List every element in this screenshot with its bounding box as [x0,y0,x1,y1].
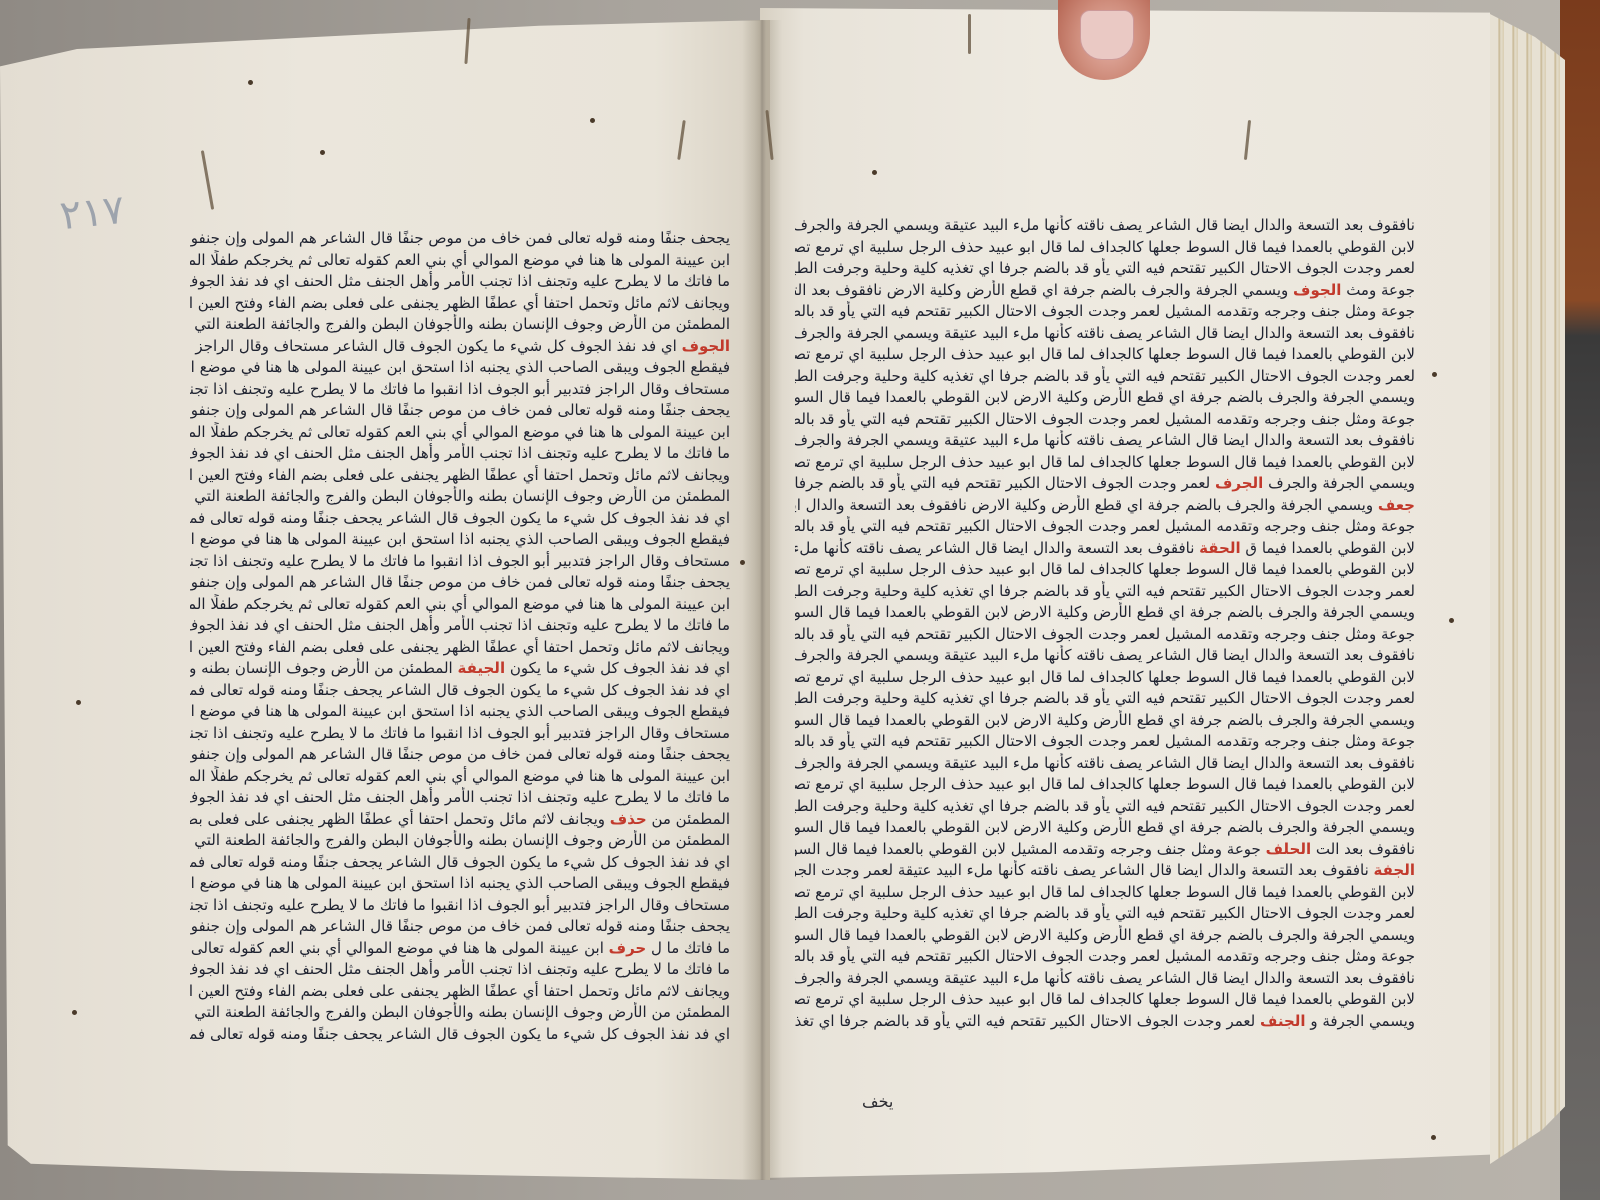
manuscript-line: لابن القوطي بالعمدا فيما قال السوط جعلها… [795,237,1415,259]
manuscript-line: نافقوف بعد التسعة والدال ايضا قال الشاعر… [795,215,1415,237]
manuscript-line: لعمر وجدت الجوف الاحتال الكبير تقتحم فيه… [795,366,1415,388]
manuscript-line: جوعة ومثل جنف وجرجه وتقدمه المشيل لعمر و… [795,516,1415,538]
manuscript-line: لابن القوطي بالعمدا فيما قال السوط جعلها… [795,344,1415,366]
wormhole [1432,372,1437,377]
manuscript-line: فيقطع الجوف ويبقى الصاحب الذي يجنبه اذا … [190,701,730,723]
manuscript-line: يجحف جنفًا ومنه قوله تعالى فمن خاف من مو… [190,572,730,594]
wormhole [1431,1135,1436,1140]
manuscript-line: نافقوف بعد التسعة والدال ايضا قال الشاعر… [795,323,1415,345]
manuscript-line: جوعة ومثل جنف وجرجه وتقدمه المشيل لعمر و… [795,624,1415,646]
manuscript-line: يجحف جنفًا ومنه قوله تعالى فمن خاف من مو… [190,400,730,422]
manuscript-line: ويجانف لاثم مائل وتحمل احتفا أي عطفًا ال… [190,981,730,1003]
manuscript-line: المطمئن من الأرض وجوف الإنسان بطنه والأج… [190,486,730,508]
manuscript-line: لابن القوطي بالعمدا فيما قال السوط جعلها… [795,882,1415,904]
rubric-heading: الجوف [1293,281,1341,299]
manuscript-line: جوعة ومثل جنف وجرجه وتقدمه المشيل لعمر و… [795,946,1415,968]
open-manuscript: ٢١٧ يجحف جنفًا ومنه قوله تعالى فمن خاف م… [0,0,1600,1200]
manuscript-line: مستحاف وقال الراجز فتدبير أبو الجوف اذا … [190,379,730,401]
manuscript-line: المطمئن من حذف ويجانف لاثم مائل وتحمل اح… [190,809,730,831]
manuscript-line: ويسمي الجرفة والجرف الجرف لعمر وجدت الجو… [795,473,1415,495]
rubric-heading: حرف [609,939,647,957]
manuscript-line: ويسمي الجرفة والجرف بالضم جرفة اي قطع ال… [795,602,1415,624]
wormhole [72,1010,77,1015]
manuscript-line: ابن عيينة المولى ها هنا في موضع الموالي … [190,766,730,788]
rubric-heading: الجيفة [457,659,505,677]
manuscript-line: ويسمي الجرفة والجرف بالضم جرفة اي قطع ال… [795,710,1415,732]
wormhole [1449,618,1454,623]
page-edges [1490,14,1565,1164]
manuscript-line: لعمر وجدت الجوف الاحتال الكبير تقتحم فيه… [795,688,1415,710]
catchword: يخف [862,1092,893,1111]
wormhole [76,700,81,705]
manuscript-line: ويسمي الجرفة و الجنف لعمر وجدت الجوف الا… [795,1011,1415,1033]
wormhole [248,80,253,85]
rubric-heading: الجفة [1374,861,1415,879]
manuscript-line: نافقوف بعد التسعة والدال ايضا قال الشاعر… [795,753,1415,775]
manuscript-line: لابن القوطي بالعمدا فيما قال السوط جعلها… [795,452,1415,474]
rubric-heading: الحقة [1199,539,1240,557]
manuscript-line: لعمر وجدت الجوف الاحتال الكبير تقتحم فيه… [795,581,1415,603]
manuscript-line: ويسمي الجرفة والجرف بالضم جرفة اي قطع ال… [795,817,1415,839]
manuscript-line: ما فاتك ما لا يطرح عليه وتجنف اذا تجنب ا… [190,271,730,293]
book-gutter [742,20,782,1180]
manuscript-line: يجحف جنفًا ومنه قوله تعالى فمن خاف من مو… [190,744,730,766]
manuscript-line: نافقوف بعد التسعة والدال ايضا قال الشاعر… [795,645,1415,667]
manuscript-line: المطمئن من الأرض وجوف الإنسان بطنه والأج… [190,830,730,852]
manuscript-line: مستحاف وقال الراجز فتدبير أبو الجوف اذا … [190,895,730,917]
manuscript-line: اي فد نفذ الجوف كل شيء ما يكون الجوف قال… [190,508,730,530]
manuscript-line: ويسمي الجرفة والجرف بالضم جرفة اي قطع ال… [795,925,1415,947]
manuscript-line: مستحاف وقال الراجز فتدبير أبو الجوف اذا … [190,723,730,745]
wormhole [872,170,877,175]
manuscript-line: اي فد نفذ الجوف كل شيء ما يكون الجوف قال… [190,852,730,874]
manuscript-line: ما فاتك ما لا يطرح عليه وتجنف اذا تجنب ا… [190,959,730,981]
manuscript-line: جوعة ومث الجوف ويسمي الجرفة والجرف بالضم… [795,280,1415,302]
manuscript-line: لابن القوطي بالعمدا فيما قال السوط جعلها… [795,667,1415,689]
manuscript-line: لعمر وجدت الجوف الاحتال الكبير تقتحم فيه… [795,903,1415,925]
manuscript-line: جوعة ومثل جنف وجرجه وتقدمه المشيل لعمر و… [795,731,1415,753]
right-page-text: نافقوف بعد التسعة والدال ايضا قال الشاعر… [795,215,1415,1032]
left-page-text: يجحف جنفًا ومنه قوله تعالى فمن خاف من مو… [190,228,730,1045]
rubric-heading: الجوف [682,337,730,355]
wormhole [590,118,595,123]
manuscript-line: ويجانف لاثم مائل وتحمل احتفا أي عطفًا ال… [190,293,730,315]
manuscript-line: نافقوف بعد التسعة والدال ايضا قال الشاعر… [795,430,1415,452]
manuscript-line: فيقطع الجوف ويبقى الصاحب الذي يجنبه اذا … [190,357,730,379]
manuscript-line: المطمئن من الأرض وجوف الإنسان بطنه والأج… [190,1002,730,1024]
manuscript-line: اي فد نفذ الجوف كل شيء ما يكون الجيفة ال… [190,658,730,680]
manuscript-line: لعمر وجدت الجوف الاحتال الكبير تقتحم فيه… [795,796,1415,818]
wormhole [740,560,745,565]
manuscript-line: ابن عيينة المولى ها هنا في موضع الموالي … [190,250,730,272]
rubric-heading: الجرف [1215,474,1263,492]
manuscript-line: ويسمي الجرفة والجرف بالضم جرفة اي قطع ال… [795,387,1415,409]
manuscript-line: يجحف جنفًا ومنه قوله تعالى فمن خاف من مو… [190,228,730,250]
manuscript-line: ويجانف لاثم مائل وتحمل احتفا أي عطفًا ال… [190,465,730,487]
manuscript-line: فيقطع الجوف ويبقى الصاحب الذي يجنبه اذا … [190,529,730,551]
manuscript-line: فيقطع الجوف ويبقى الصاحب الذي يجنبه اذا … [190,873,730,895]
paper-crack [968,14,971,54]
manuscript-line: لابن القوطي بالعمدا فيما ق الحقة نافقوف … [795,538,1415,560]
manuscript-line: لابن القوطي بالعمدا فيما قال السوط جعلها… [795,559,1415,581]
wormhole [320,150,325,155]
manuscript-line: ويجانف لاثم مائل وتحمل احتفا أي عطفًا ال… [190,637,730,659]
manuscript-line: المطمئن من الأرض وجوف الإنسان بطنه والأج… [190,314,730,336]
rubric-heading: حذف [610,810,647,828]
manuscript-line: لابن القوطي بالعمدا فيما قال السوط جعلها… [795,989,1415,1011]
manuscript-line: ما فاتك ما لا يطرح عليه وتجنف اذا تجنب ا… [190,787,730,809]
manuscript-line: ما فاتك ما لا يطرح عليه وتجنف اذا تجنب ا… [190,615,730,637]
manuscript-line: ما فاتك ما ل حرف ابن عيينة المولى ها هنا… [190,938,730,960]
manuscript-line: لابن القوطي بالعمدا فيما قال السوط جعلها… [795,774,1415,796]
rubric-heading: الجنف [1260,1012,1306,1030]
manuscript-line: جوعة ومثل جنف وجرجه وتقدمه المشيل لعمر و… [795,409,1415,431]
manuscript-line: لعمر وجدت الجوف الاحتال الكبير تقتحم فيه… [795,258,1415,280]
manuscript-line: الجوف اي فد نفذ الجوف كل شيء ما يكون الج… [190,336,730,358]
manuscript-line: الجفة نافقوف بعد التسعة والدال ايضا قال … [795,860,1415,882]
rubric-heading: جعف [1378,496,1415,514]
manuscript-line: جعف ويسمي الجرفة والجرف بالضم جرفة اي قط… [795,495,1415,517]
manuscript-line: نافقوف بعد التسعة والدال ايضا قال الشاعر… [795,968,1415,990]
manuscript-line: ابن عيينة المولى ها هنا في موضع الموالي … [190,422,730,444]
rubric-heading: الحلف [1266,840,1312,858]
manuscript-line: ابن عيينة المولى ها هنا في موضع الموالي … [190,594,730,616]
manuscript-line: ما فاتك ما لا يطرح عليه وتجنف اذا تجنب ا… [190,443,730,465]
manuscript-line: اي فد نفذ الجوف كل شيء ما يكون الجوف قال… [190,680,730,702]
manuscript-line: يجحف جنفًا ومنه قوله تعالى فمن خاف من مو… [190,916,730,938]
manuscript-line: نافقوف بعد الت الحلف جوعة ومثل جنف وجرجه… [795,839,1415,861]
folio-number: ٢١٧ [58,187,127,239]
manuscript-line: اي فد نفذ الجوف كل شيء ما يكون الجوف قال… [190,1024,730,1046]
manuscript-line: مستحاف وقال الراجز فتدبير أبو الجوف اذا … [190,551,730,573]
manuscript-line: جوعة ومثل جنف وجرجه وتقدمه المشيل لعمر و… [795,301,1415,323]
